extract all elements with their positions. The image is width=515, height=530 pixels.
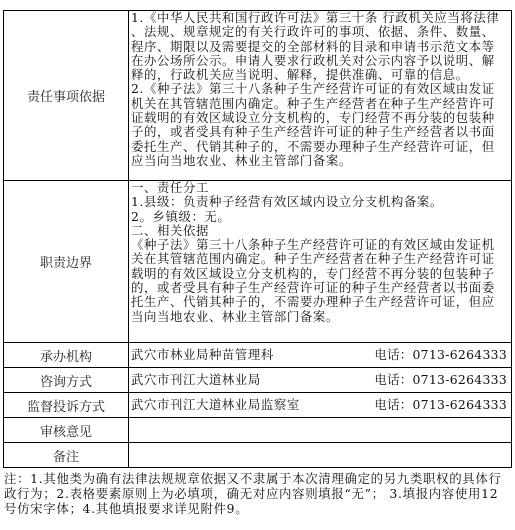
handling-agency-phone: 电话：0713-6264333 — [374, 348, 507, 362]
text-line: 载明的有效区域设立分支机构的，专门经营不再分装的包装种子 — [131, 267, 511, 281]
label-responsibility-basis: 责任事项依据 — [4, 11, 129, 181]
complaint-org: 武穴市刊江大道林业局监察室 — [131, 398, 300, 412]
text-line: 机关在其管辖范围内确定。种子生产经营者在种子生产经营许可 — [131, 97, 511, 111]
row-complaint: 监督投诉方式 武穴市刊江大道林业局监察室 电话：0713-6264333 — [4, 393, 512, 418]
consultation-org: 武穴市刊江大道林业局 — [131, 373, 261, 387]
handling-agency-name: 武穴市林业局种苗管理科 — [131, 348, 274, 362]
text-line: 委托生产、代销其种子的，不需要办理种子生产经营许可证，但 — [131, 140, 511, 154]
text-line: 1.《中华人民共和国行政许可法》第三十条 行政机关应当将法律 — [131, 11, 511, 25]
footnotes: 注：1.其他类为确有法律法规规章依据又不隶属于本次清理确定的另九类职权的具体行 … — [4, 471, 512, 516]
row-review-opinion: 审核意见 — [4, 418, 512, 443]
text-line: 释的，行政机关应当说明、解释，提供准确、可靠的信息。 — [131, 68, 511, 82]
text-line: 二、相关依据 — [131, 224, 511, 238]
footnote-line: 政行为；2.表格要素原则上为必填项，确无对应内容则填报“无”； 3.填报内容使用… — [4, 486, 512, 501]
label-complaint: 监督投诉方式 — [4, 393, 129, 418]
row-consultation: 咨询方式 武穴市刊江大道林业局 电话：0713-6264333 — [4, 368, 512, 393]
text-line: 应当向当地农业、林业主管部门备案。 — [131, 154, 511, 168]
responsibility-basis-content: 1.《中华人民共和国行政许可法》第三十条 行政机关应当将法律 、法规、规章规定的… — [129, 11, 512, 181]
row-duty-boundary: 职责边界 一、责任分工 1.县级：负责种子经营有效区域内设立分支机构备案。 2。… — [4, 181, 512, 343]
text-line: 关在其管辖范围内确定。种子生产经营者在种子生产经营许可证 — [131, 252, 511, 266]
label-review-opinion: 审核意见 — [4, 418, 129, 443]
footnote-line: 号仿宋字体；4.其他填报要求详见附件9。 — [4, 501, 512, 516]
review-opinion-value — [129, 418, 512, 443]
label-duty-boundary: 职责边界 — [4, 181, 129, 343]
responsibility-table: 责任事项依据 1.《中华人民共和国行政许可法》第三十条 行政机关应当将法律 、法… — [3, 10, 512, 468]
text-line: 2。乡镇级：无。 — [131, 210, 511, 224]
label-consultation: 咨询方式 — [4, 368, 129, 393]
complaint-phone: 电话：0713-6264333 — [374, 398, 507, 412]
text-line: 子的，或者受具有种子生产经营许可证的种子生产经营者以书面 — [131, 125, 511, 139]
text-line: 2.《种子法》第三十八条种子生产经营许可证的有效区域由发证 — [131, 82, 511, 96]
text-line: 程序、期限以及需要提交的全部材料的目录和申请书示范文本等 — [131, 40, 511, 54]
label-remarks: 备注 — [4, 443, 129, 468]
text-line: 、法规、规章规定的有关行政许可的事项、依据、条件、数量、 — [131, 25, 511, 39]
text-line: 一、责任分工 — [131, 181, 511, 195]
text-line: 托生产、代销其种子的，不需要办理种子生产经营许可证，但应 — [131, 295, 511, 309]
consultation-phone: 电话：0713-6264333 — [374, 373, 507, 387]
footnote-line: 注：1.其他类为确有法律法规规章依据又不隶属于本次清理确定的另九类职权的具体行 — [4, 471, 512, 486]
text-line: 当向当地农业、林业主管部门备案。 — [131, 310, 511, 324]
row-remarks: 备注 — [4, 443, 512, 468]
duty-boundary-content: 一、责任分工 1.县级：负责种子经营有效区域内设立分支机构备案。 2。乡镇级：无… — [129, 181, 512, 343]
text-line: 证载明的有效区域设立分支机构的，专门经营不再分装的包装种 — [131, 111, 511, 125]
text-line: 的，或者受具有种子生产经营许可证的种子生产经营者以书面委 — [131, 281, 511, 295]
text-line: 在办公场所公示。申请人要求行政机关对公示内容予以说明、解 — [131, 54, 511, 68]
text-line: 《种子法》第三十八条种子生产经营许可证的有效区域由发证机 — [131, 238, 511, 252]
row-responsibility-basis: 责任事项依据 1.《中华人民共和国行政许可法》第三十条 行政机关应当将法律 、法… — [4, 11, 512, 181]
row-handling-agency: 承办机构 武穴市林业局种苗管理科 电话：0713-6264333 — [4, 343, 512, 368]
remarks-value — [129, 443, 512, 468]
text-line: 1.县级：负责种子经营有效区域内设立分支机构备案。 — [131, 195, 511, 209]
label-handling-agency: 承办机构 — [4, 343, 129, 368]
